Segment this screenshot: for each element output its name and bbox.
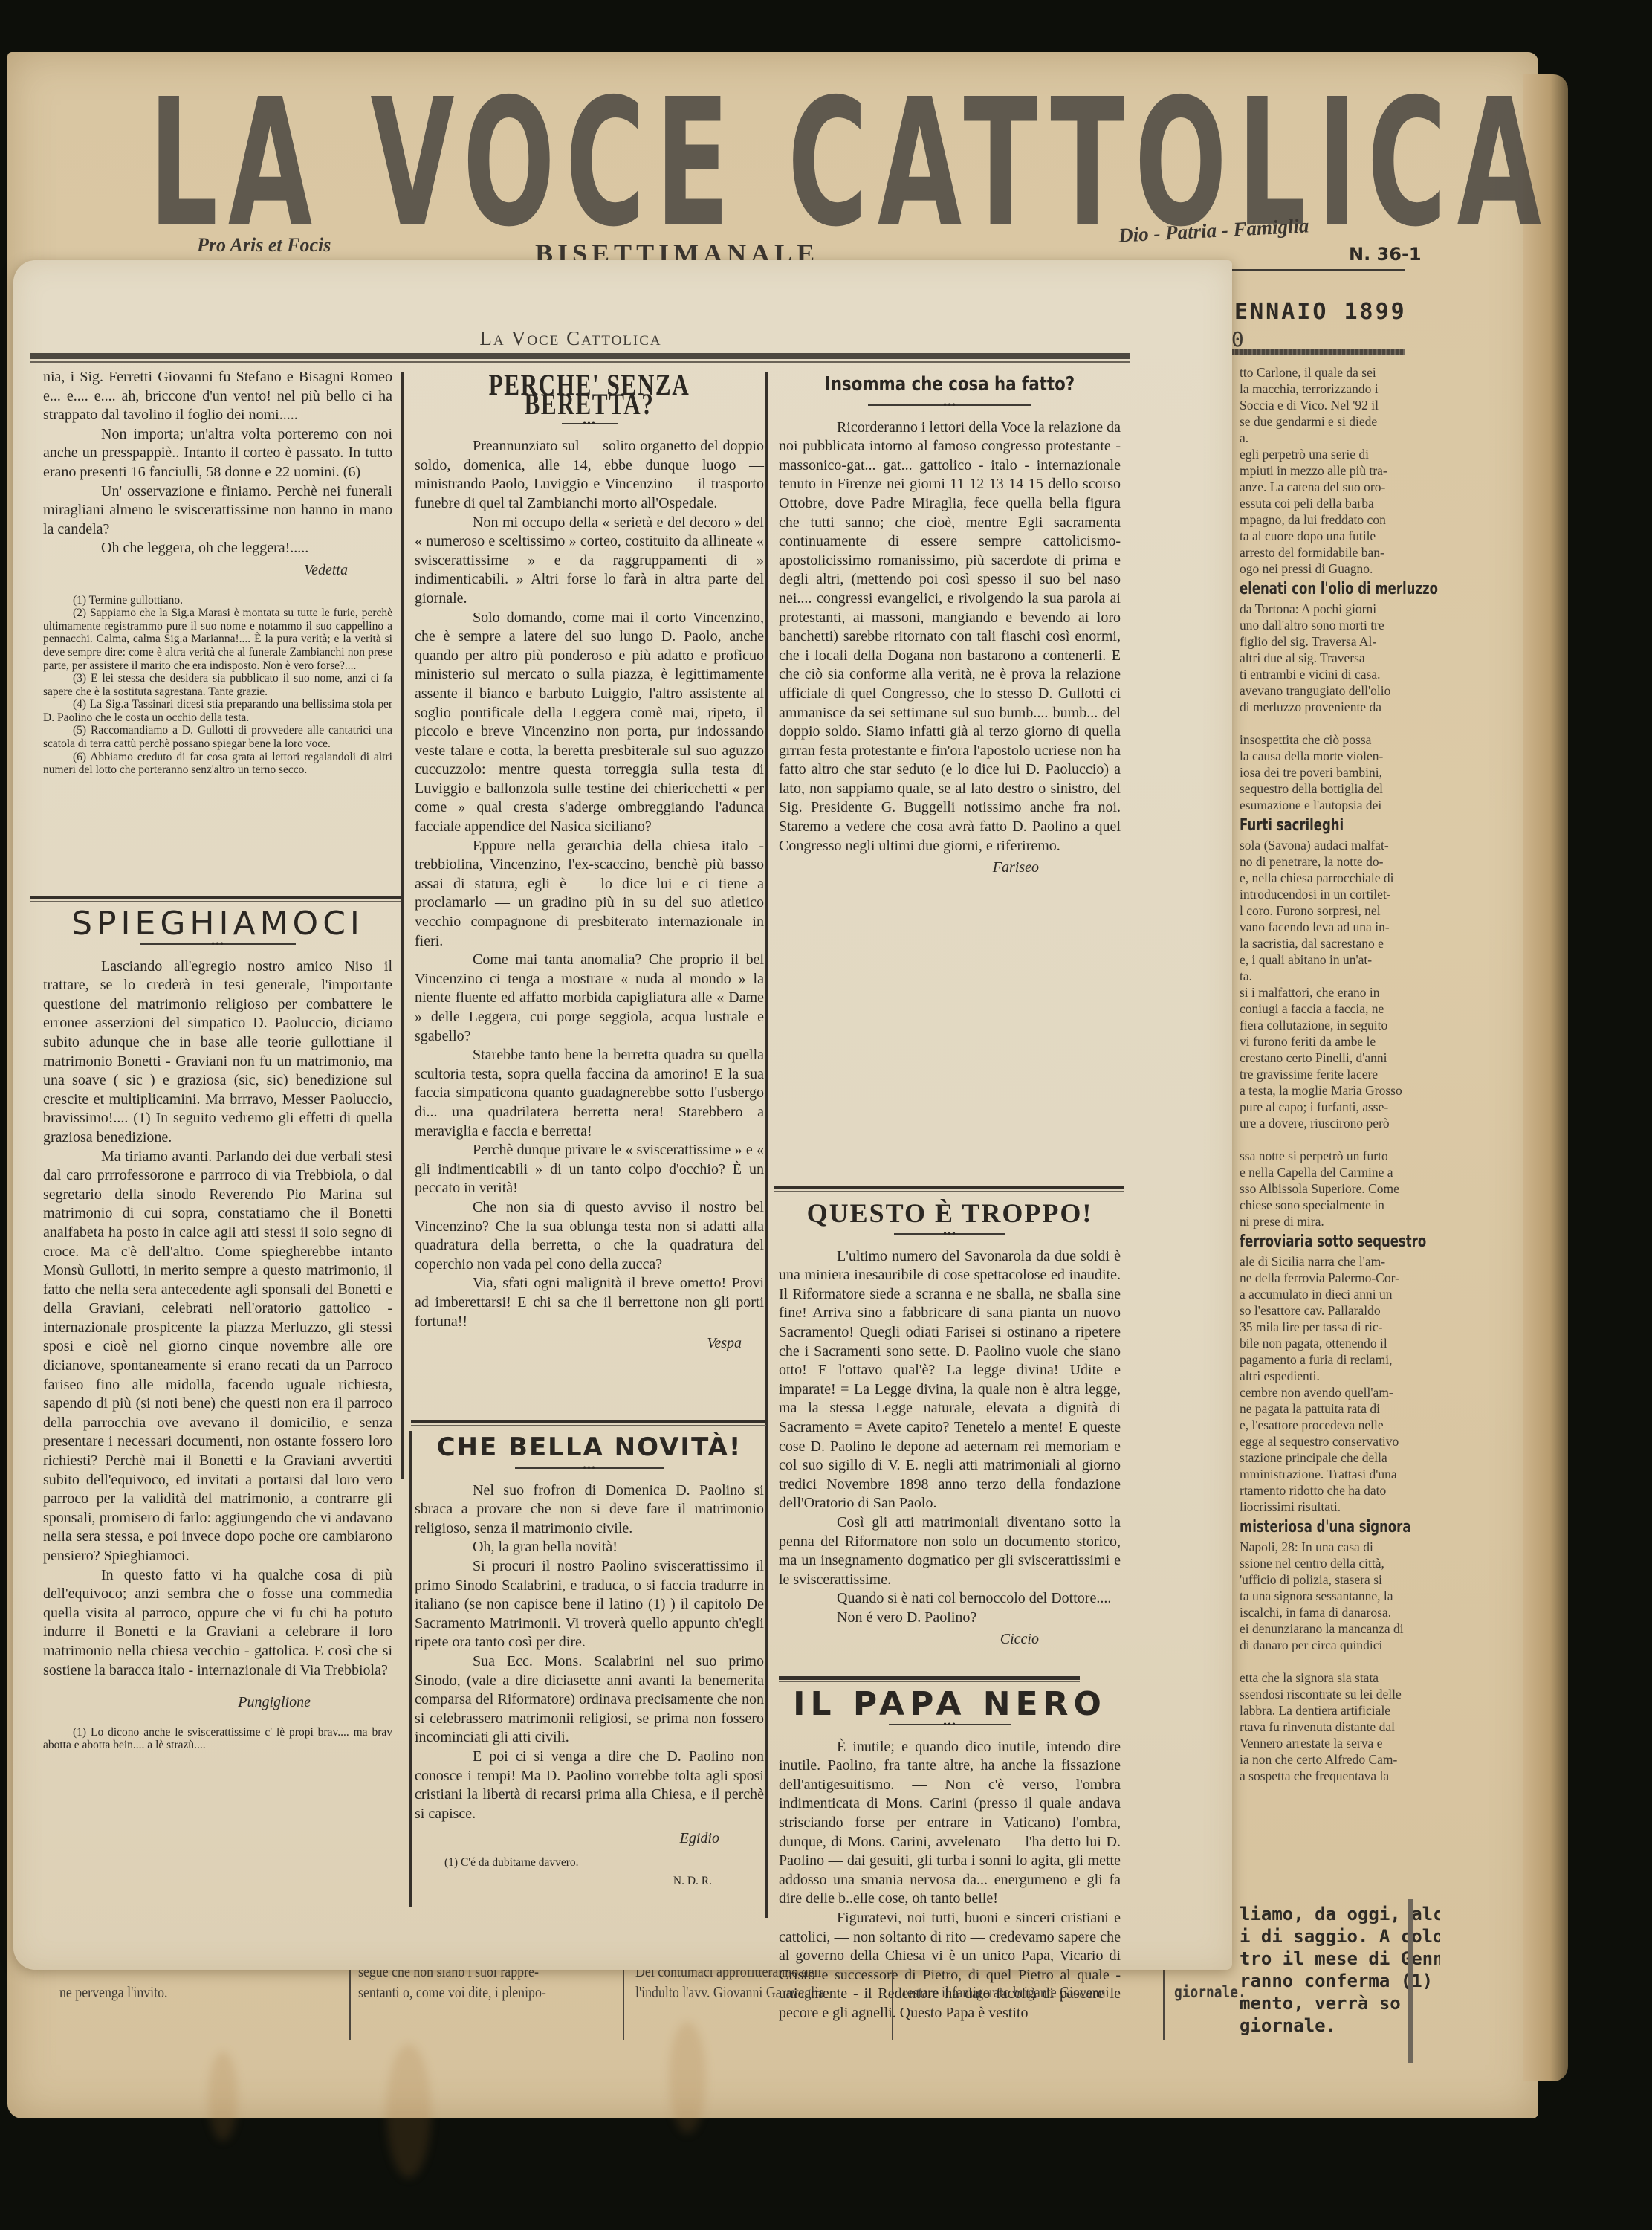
foxing-stain [208,2052,238,2141]
header-rule [30,353,1130,359]
footnote: (5) Raccomandiamo a D. Gullotti di provv… [43,724,392,750]
title-ornament [889,1722,1011,1728]
text-line: rtamento ridotto che ha dato [1240,1482,1449,1499]
text-line: cembre non avendo quell'am- [1240,1384,1449,1400]
text-line: a accumulato in dieci anni un [1240,1286,1449,1302]
motto-left: Pro Aris et Focis [197,234,331,256]
strip-block-3: sola (Savona) audaci malfat-no di penetr… [1240,837,1449,1229]
text-line: e, i quali abitano in un'at- [1240,951,1449,968]
strip-heading-olio: elenati con l'olio di merluzzo [1240,581,1397,598]
paragraph: Così gli atti matrimoniali diventano sot… [779,1513,1121,1589]
bottom-column-rule [349,1970,351,2040]
issue-date: GENNAIO 1899 [1219,299,1407,325]
issue-number: N. 36-1 [1349,244,1422,265]
article-title: PERCHE' SENZA BERETTA? [453,375,726,413]
footnote: (1) Termine gullottiano. [43,594,392,607]
text-line: 'ufficio di polizia, stasera si [1240,1571,1449,1588]
text-line: a sospetta che frequentava la [1240,1768,1449,1784]
text-line: figlio del sig. Traversa Al- [1240,633,1449,650]
text-line: tre gravissime ferite lacere [1240,1066,1449,1082]
paragraph: Oh, la gran bella novità! [415,1538,764,1557]
text-line: tto Carlone, il quale da sei [1240,364,1449,381]
footnote: (2) Sappiamo che la Sig.a Marasi è monta… [43,607,392,672]
editor-note-signature: N. D. R. [415,1875,764,1888]
paragraph: Non importa; un'altra volta porteremo co… [43,425,392,482]
text-line: di merluzzo proveniente da [1240,699,1449,715]
text-line: pure al capo; i furfanti, asse- [1240,1099,1449,1115]
footnote: (1) Lo dicono anche le sviscerattissime … [43,1726,392,1752]
text-line: e, l'esattore procedeva nelle [1240,1417,1449,1433]
text-line: la macchia, terrorizzando i [1240,381,1449,397]
footnotes: (1) Termine gullottiano. (2) Sappiamo ch… [43,594,392,777]
author-signature: Egidio [415,1829,764,1849]
author-signature: Ciccio [779,1630,1121,1649]
paragraph: nia, i Sig. Ferretti Giovanni fu Stefano… [43,368,392,425]
text-line: liocrissimi risultati. [1240,1499,1449,1515]
text-line [1240,1131,1449,1148]
article-title: IL PAPA NERO [779,1695,1121,1714]
text-line: ta. [1240,968,1449,984]
author-signature: Vedetta [43,561,392,581]
text-line: se due gendarmi e si diede [1240,413,1449,430]
paragraph: Si procuri il nostro Paolino svisceratti… [415,1557,764,1652]
text-line: ogo nei pressi di Guagno. [1240,560,1449,577]
article-title: QUESTO È TROPPO! [779,1204,1121,1224]
text-line: esumazione e l'autopsia dei [1240,797,1449,813]
text-line: iosa dei tre poveri bambini, [1240,764,1449,780]
text-line: anze. La catena del suo oro- [1240,479,1449,495]
column-rule [765,372,768,1918]
notice-frame [1408,1899,1413,2063]
bottom-column-rule [623,1970,624,2040]
paragraph: Che non sia di questo avviso il nostro b… [415,1198,764,1274]
text-line: la sacristia, dal sacrestano e [1240,935,1449,951]
paragraph: Oh che leggera, oh che leggera!..... [43,539,392,558]
text-line: mministrazione. Trattasi d'una [1240,1466,1449,1482]
text-line: so l'esattore cav. Pallaraldo [1240,1302,1449,1319]
author-signature: Pungiglione [43,1693,392,1713]
text-line: egli perpetrò una serie di [1240,446,1449,462]
text-line: di danaro per circa quindici [1240,1637,1449,1653]
strip-block-5: Napoli, 28: In una casa dissione nel cen… [1240,1539,1449,1784]
title-ornament [140,941,296,947]
running-head: La Voce Cattolica [13,327,1128,350]
text-line: coniugi a faccia a faccia, ne [1240,1001,1449,1017]
strip-heading-signora: misteriosa d'una signora [1240,1519,1397,1536]
article-title: Insomma che cosa ha fatto? [809,375,1089,395]
column-rule [401,372,404,1479]
text-line: ia non che certo Alfredo Cam- [1240,1751,1449,1768]
text-line: ei denunziarano la mancanza di [1240,1620,1449,1637]
text-line: l coro. Furono sorpresi, nel [1240,902,1449,919]
text-line: chiese sono specialmente in [1240,1197,1449,1213]
text-line: crestano certo Pinelli, d'anni [1240,1050,1449,1066]
section-rule [774,1186,1124,1189]
text-line: labbra. La dentiera artificiale [1240,1702,1449,1719]
paragraph: È inutile; e quando dico inutile, intend… [779,1738,1121,1909]
text-line: vi furono feriti da ambe le [1240,1033,1449,1050]
text-line: Soccia e di Vico. Nel '92 il [1240,397,1449,413]
bottom-column-rule [1163,1970,1165,2040]
text-line: avevano trangugiato dell'olio [1240,682,1449,699]
bottom-fragment-7: giornale. [1174,1983,1246,2001]
text-line: a. [1240,430,1449,446]
footnote: (6) Abbiamo creduto di far cosa grata ai… [43,751,392,777]
inserted-page: La Voce Cattolica nia, i Sig. Ferretti G… [13,260,1232,1970]
title-ornament [894,1231,1005,1237]
text-line: pagamento a furia di reclami, [1240,1351,1449,1368]
text-line: Napoli, 28: In una casa di [1240,1539,1449,1555]
text-line: ta al cuore dopo una futile [1240,528,1449,544]
strip-block-4: ale di Sicilia narra che l'am-ne della f… [1240,1253,1449,1515]
text-line: etta che la signora sia stata [1240,1670,1449,1686]
paragraph: Sua Ecc. Mons. Scalabrini nel suo primo … [415,1652,764,1748]
text-line: insospettita che ciò possa [1240,731,1449,748]
text-line: introducendosi in un cortilet- [1240,886,1449,902]
text-line: iscalchi, in fama di danarosa. [1240,1604,1449,1620]
text-line: ssione nel centro della città, [1240,1555,1449,1571]
text-line: mpagno, da lui freddato con [1240,511,1449,528]
strip-block-1: tto Carlone, il quale da seila macchia, … [1240,364,1449,577]
foxing-stain [386,2044,431,2178]
text-line: sequestro della bottiglia del [1240,780,1449,797]
section-rule [411,1420,766,1423]
foxing-stain [669,2022,706,2133]
text-line: egge al sequestro conservativo [1240,1433,1449,1449]
column-1: nia, i Sig. Ferretti Giovanni fu Stefano… [43,368,392,777]
text-line: rtava fu rinvenuta distante dal [1240,1719,1449,1735]
paragraph: Come mai tanta anomalia? Che proprio il … [415,951,764,1046]
text-line: ssa notte si perpetrò un furto [1240,1148,1449,1164]
article-senza-beretta: PERCHE' SENZA BERETTA? Preannunziato sul… [415,368,764,1354]
masthead-rule [1226,269,1405,271]
paragraph: Solo domando, come mai il corto Vincenzi… [415,609,764,837]
back-page-right-column: tto Carlone, il quale da seila macchia, … [1240,364,1449,1784]
title-ornament [562,421,618,427]
bottom-fragment-3: sentanti o, come voi dite, i plenipo- [358,1983,546,2002]
text-line: vano facendo leva ad una in- [1240,919,1449,935]
text-line: mpiuti in mezzo alle più tra- [1240,462,1449,479]
title-ornament [515,1465,664,1471]
text-line: no di penetrare, la notte do- [1240,853,1449,870]
paragraph: Figuratevi, noi tutti, buoni e sinceri c… [779,1909,1121,2023]
author-signature: Vespa [415,1334,764,1354]
text-line: arresto del formidabile ban- [1240,544,1449,560]
paragraph: Un' osservazione e finiamo. Perchè nei f… [43,482,392,540]
text-line: uno dall'altro sono morti tre [1240,617,1449,633]
text-line: 35 mila lire per tassa di ric- [1240,1319,1449,1335]
masthead-title: LA VOCE CATTOLICA [149,89,886,238]
text-line: ti entrambi e vicini di casa. [1240,666,1449,682]
paragraph: Non é vero D. Paolino? [779,1609,1121,1628]
paragraph: Ricorderanno i lettori della Voce la rel… [779,418,1121,856]
text-line: si i malfattori, che erano in [1240,984,1449,1001]
text-line [1240,715,1449,731]
text-line: bile non pagata, ottenendo il [1240,1335,1449,1351]
footnote: (3) E lei stessa che desidera sia pubbli… [43,672,392,698]
bottom-fragment-1: ne pervenga l'invito. [59,1983,167,2002]
paragraph: Via, sfati ogni malignità il breve omett… [415,1274,764,1331]
text-line: la causa della morte violen- [1240,748,1449,764]
strip-heading-furti: Furti sacrileghi [1240,818,1397,834]
text-line [1240,1653,1449,1670]
article-title: CHE BELLA NOVITÀ! [415,1438,764,1458]
text-line: ssendosi riscontrate su lei delle [1240,1686,1449,1702]
author-signature: Fariseo [779,859,1121,878]
footnote: (4) La Sig.a Tassinari dicesi stia prepa… [43,698,392,724]
paragraph: Eppure nella gerarchia della chiesa ital… [415,837,764,951]
paragraph: Starebbe tanto bene la berretta quadra s… [415,1046,764,1141]
section-rule [30,896,401,899]
text-line: da Tortona: A pochi giorni [1240,601,1449,617]
article-spieghiamoci: SPIEGHIAMOCI Lasciando all'egregio nostr… [43,907,392,1752]
header-rule-thin [30,361,1130,363]
text-line: ne pagata la pattuita rata di [1240,1400,1449,1417]
text-line: altri espedienti. [1240,1368,1449,1384]
text-line: ne della ferrovia Palermo-Cor- [1240,1270,1449,1286]
paragraph: In questo fatto vi ha qualche cosa di pi… [43,1566,392,1681]
text-line: essuta coi peli della barba [1240,495,1449,511]
paragraph: Lasciando all'egregio nostro amico Niso … [43,957,392,1148]
text-line: e, nella chiesa parrocchiale di [1240,870,1449,886]
date-rule [1226,349,1405,355]
article-title: SPIEGHIAMOCI [43,914,392,934]
paragraph: Ma tiriamo avanti. Parlando dei due verb… [43,1148,392,1566]
paragraph: Perchè dunque privare le « sviscerattiss… [415,1141,764,1198]
strip-block-2: da Tortona: A pochi giorniuno dall'altro… [1240,601,1449,813]
text-line: stazione principale che della [1240,1449,1449,1466]
text-line: ure a dovere, riuscirono però [1240,1115,1449,1131]
title-ornament [868,402,1031,408]
text-line: e nella Capella del Carmine a [1240,1164,1449,1180]
paragraph: E poi ci si venga a dire che D. Paolino … [415,1748,764,1823]
footnote: (1) C'é da dubitarne davvero. [415,1856,764,1869]
text-line: a testa, la moglie Maria Grosso [1240,1082,1449,1099]
paragraph: L'ultimo numero del Savonarola da due so… [779,1247,1121,1513]
article-il-papa-nero: IL PAPA NERO È inutile; e quando dico in… [779,1687,1121,2023]
text-line: ta una signora sessantanne, la [1240,1588,1449,1604]
column-rule [409,1431,412,1907]
strip-heading-ferroviaria: ferroviaria sotto sequestro [1240,1234,1397,1250]
text-line: sola (Savona) audaci malfat- [1240,837,1449,853]
paragraph: Nel suo frofron di Domenica D. Paolino s… [415,1481,764,1539]
text-line: ni prese di mira. [1240,1213,1449,1229]
paragraph: Preannunziato sul — solito organetto del… [415,437,764,513]
article-che-bella-novita: CHE BELLA NOVITÀ! Nel suo frofron di Dom… [415,1431,764,1888]
section-rule [779,1676,1080,1680]
article-questo-e-troppo: QUESTO È TROPPO! L'ultimo numero del Sav… [779,1197,1121,1649]
paragraph: Quando si è nati col bernoccolo del Dott… [779,1589,1121,1609]
article-insomma: Insomma che cosa ha fatto? Ricorderanno … [779,368,1121,878]
text-line: Vennero arrestate la serva e [1240,1735,1449,1751]
vedetta-continuation: nia, i Sig. Ferretti Giovanni fu Stefano… [43,368,392,581]
text-line: fiera collutazione, in seguito [1240,1017,1449,1033]
text-line: altri due al sig. Traversa [1240,650,1449,666]
text-line: ale di Sicilia narra che l'am- [1240,1253,1449,1270]
paragraph: Non mi occupo della « serietà e del deco… [415,514,764,609]
text-line: sso Albissola Superiore. Come [1240,1180,1449,1197]
